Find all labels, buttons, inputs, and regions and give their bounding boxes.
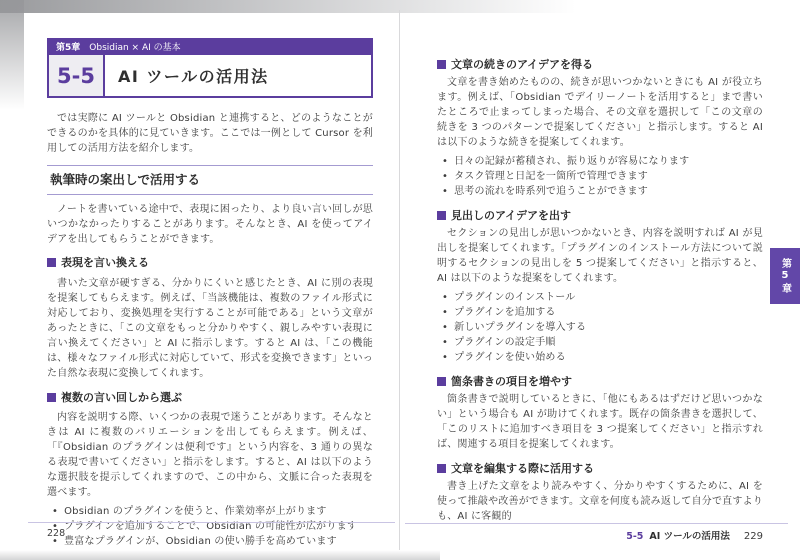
subsection-title-label: 箇条書きの項目を増やす — [451, 373, 572, 389]
list-item: 新しいプラグインを導入する — [442, 320, 763, 335]
subsection-title: 箇条書きの項目を増やす — [437, 374, 763, 388]
paragraph: 書き上げた文章をより読みやすく、分かりやすくするために、AI を使って推敲や改善… — [437, 479, 763, 524]
section-marker-icon — [47, 258, 56, 267]
section-marker-icon — [437, 60, 446, 69]
scan-shadow-bottom — [0, 550, 440, 560]
section-marker-icon — [437, 211, 446, 220]
list-item: プラグインの設定手順 — [442, 335, 763, 350]
subsection-title-label: 文章の続きのアイデアを得る — [451, 56, 593, 72]
chapter-title-label: Obsidian × AI の基本 — [89, 40, 180, 53]
subsection-title-label: 見出しのアイデアを出す — [451, 207, 571, 223]
section-lead-paragraph: ノートを書いている途中で、表現に困ったり、より良い言い回しが思いつかなかったりす… — [47, 202, 373, 247]
left-page: 第5章 Obsidian × AI の基本 5-5 AI ツールの活用法 では実… — [47, 38, 373, 549]
list-item: 日々の記録が蓄積され、振り返りが容易になります — [442, 154, 763, 169]
subsection-title: 表現を言い換える — [47, 255, 373, 269]
list-item: プラグインを追加する — [442, 305, 763, 320]
footer-section-title: AI ツールの活用法 — [649, 528, 730, 542]
chapter-header-bar: 第5章 Obsidian × AI の基本 — [47, 38, 373, 55]
subsection-title: 文章の続きのアイデアを得る — [437, 57, 763, 71]
subsection-title: 文章を編集する際に活用する — [437, 461, 763, 475]
intro-paragraph: では実際に AI ツールと Obsidian と連携すると、どのようなことができ… — [47, 111, 373, 156]
subsection-title-label: 表現を言い換える — [61, 254, 149, 270]
bullet-list: プラグインのインストール プラグインを追加する 新しいプラグインを導入する プラ… — [437, 290, 763, 365]
section-marker-icon — [47, 393, 56, 402]
right-page: 文章の続きのアイデアを得る 文章を書き始めたものの、続きが思いつかないときにも … — [437, 57, 763, 524]
section-title-box: 5-5 AI ツールの活用法 — [47, 55, 373, 98]
bullet-list: Obsidian のプラグインを使うと、作業効率が上がります プラグインを追加す… — [47, 504, 373, 549]
section-marker-icon — [437, 377, 446, 386]
section-number-badge: 5-5 — [49, 55, 105, 96]
list-item: 思考の流れを時系列で追うことができます — [442, 184, 763, 199]
list-item: タスク管理と日記を一箇所で管理できます — [442, 169, 763, 184]
page-number-right: 229 — [744, 531, 763, 542]
list-item: プラグインのインストール — [442, 290, 763, 305]
list-item: Obsidian のプラグインを使うと、作業効率が上がります — [52, 504, 373, 519]
section-heading: 執筆時の案出しで活用する — [47, 165, 373, 195]
footer-right: 5-5 AI ツールの活用法 229 — [437, 528, 763, 542]
page-title: AI ツールの活用法 — [105, 55, 269, 96]
subsection-title: 複数の言い回しから選ぶ — [47, 390, 373, 404]
chapter-edge-tab: 第5章 — [770, 248, 800, 304]
section-marker-icon — [437, 464, 446, 473]
chapter-number-label: 第5章 — [56, 40, 80, 53]
footer-section-number: 5-5 — [626, 531, 643, 542]
bullet-list: 日々の記録が蓄積され、振り返りが容易になります タスク管理と日記を一箇所で管理で… — [437, 154, 763, 199]
list-item: 豊富なプラグインが、Obsidian の使い勝手を高めています — [52, 534, 373, 549]
paragraph: 内容を説明する際、いくつかの表現で迷うことがあります。そんなときは AI に複数… — [47, 410, 373, 500]
footer-rule-left — [28, 522, 395, 523]
paragraph: 書いた文章が硬すぎる、分かりにくいと感じたとき、AI に別の表現を提案してもらえ… — [47, 276, 373, 381]
page-number-left: 228 — [47, 528, 65, 539]
page-gutter-line — [399, 10, 400, 550]
subsection-title: 見出しのアイデアを出す — [437, 208, 763, 222]
paragraph: 箇条書きで説明しているときに、「他にもあるはずだけど思いつかない」という場合も … — [437, 392, 763, 452]
scan-shadow-top — [0, 0, 800, 13]
paragraph: セクションの見出しが思いつかないとき、内容を説明すれば AI が見出しを提案して… — [437, 226, 763, 286]
subsection-title-label: 複数の言い回しから選ぶ — [61, 389, 182, 405]
scan-shadow-left — [0, 0, 24, 110]
footer-rule-right — [405, 523, 788, 524]
list-item: プラグインを使い始める — [442, 350, 763, 365]
paragraph: 文章を書き始めたものの、続きが思いつかないときにも AI が役立ちます。例えば、… — [437, 75, 763, 150]
subsection-title-label: 文章を編集する際に活用する — [451, 460, 594, 476]
